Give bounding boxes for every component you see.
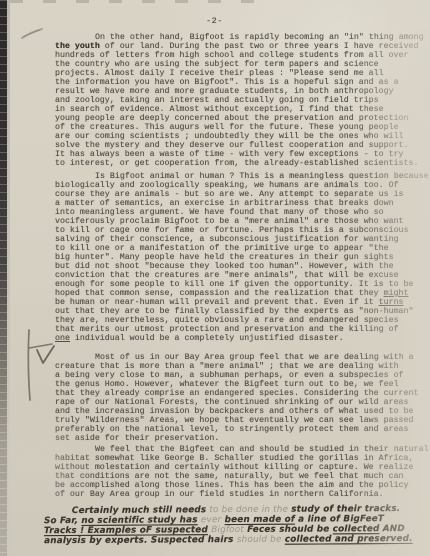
text-line: that they already comprise an endangered… xyxy=(55,389,430,398)
text-line: result we have more and more graduate st… xyxy=(55,87,430,96)
text-segment: out that they are to be finally classifi… xyxy=(55,307,413,316)
text-segment: of the creatures. This augurs well for t… xyxy=(55,123,399,132)
typed-paragraph-3: Most of us in our Bay Area group feel th… xyxy=(55,353,430,443)
text-segment: to interest, or get cooperation from, th… xyxy=(55,159,418,168)
text-segment: We feel that the Bigfeet can and should … xyxy=(95,445,429,454)
text-line: out that they are to be finally classifi… xyxy=(55,307,430,316)
margin-pencil-mark xyxy=(22,325,60,407)
text-segment: a matter of semantics, an exercise in ar… xyxy=(55,199,394,208)
text-segment: to kill one or a manifestation of the pr… xyxy=(55,244,389,253)
text-line: We feel that the Bigfeet can and should … xyxy=(55,445,430,454)
typed-paragraph-4: We feel that the Bigfeet can and should … xyxy=(55,445,430,499)
text-line: be accomplished along those lines. This … xyxy=(55,481,430,490)
text-segment: hundreds of letters from high school and… xyxy=(55,51,409,60)
text-line: rape of our National Forests, the contin… xyxy=(55,398,430,407)
text-segment: vociferously proclaim Bigfoot to be a "m… xyxy=(55,217,404,226)
text-segment: biologically and zoologically speaking, … xyxy=(55,181,399,190)
text-line: analysis by experts. Suspected hairs sho… xyxy=(44,535,430,547)
text-segment: collected xyxy=(333,524,380,534)
text-segment: set aside for their preservation. xyxy=(55,434,219,443)
text-segment: young people are deeply concerned about … xyxy=(55,114,409,123)
text-line: and the increasing invasion by backpacke… xyxy=(55,407,430,416)
text-segment: be accomplished along those lines. This … xyxy=(55,481,409,490)
text-line: the youth of our land. During the past t… xyxy=(55,42,430,51)
text-segment: salving of their conscience, a subconsci… xyxy=(55,235,399,244)
text-line: enough for some people to kill one if gi… xyxy=(55,280,430,289)
text-segment: individual would be a completely unjusti… xyxy=(70,334,344,343)
text-segment: big hunter". Many people have held the c… xyxy=(55,253,394,262)
text-line: into meaningless argument. We have found… xyxy=(55,208,430,217)
text-line: hundreds of letters from high school and… xyxy=(55,51,430,60)
typed-paragraph-1: On the other hand, Bigfoot is rapidly be… xyxy=(55,33,430,168)
text-line: to kill or cage one for fame or fortune.… xyxy=(55,226,430,235)
handwritten-paragraph-5: Certainly much still needs to be done in… xyxy=(44,505,430,547)
text-segment: might xyxy=(384,289,409,298)
text-line: a being very close to man, a subhuman pe… xyxy=(55,371,430,380)
text-segment: but did not shoot "because they looked t… xyxy=(55,262,394,271)
text-segment: Feces should be xyxy=(244,524,333,535)
text-segment: the country who are using the subject fo… xyxy=(55,60,379,69)
text-line: solve the mystery and they deserve our f… xyxy=(55,141,430,150)
text-segment: the genus Homo. However, whatever the Bi… xyxy=(55,380,399,389)
text-segment: solve the mystery and they deserve our f… xyxy=(55,141,409,150)
document-page: -2- On the other hand, Bigfoot is rapidl… xyxy=(0,0,430,556)
text-line: of the creatures. This augurs well for t… xyxy=(55,123,430,132)
text-line: one individual would be a completely unj… xyxy=(55,334,430,343)
text-segment: turns xyxy=(379,298,404,307)
text-segment: to kill or cage one for fame or fortune.… xyxy=(55,226,409,235)
text-line: truly "Wilderness" Areas, we hope that e… xyxy=(55,416,430,425)
pencil-scratch-mark xyxy=(19,26,45,42)
text-segment: a line of BigFeeT xyxy=(295,514,384,525)
text-line: in search of evidence. Almost without ex… xyxy=(55,105,430,114)
text-segment: collected and preserved. xyxy=(285,534,413,545)
text-segment: preferably on the national level, to str… xyxy=(55,425,409,434)
photocopy-edge-highlight xyxy=(7,0,10,556)
text-segment: It has always been a waste of time - wit… xyxy=(55,150,404,159)
text-segment: should be xyxy=(237,534,282,544)
text-segment: of our land. During the past two or thre… xyxy=(100,42,419,51)
text-line: the country who are using the subject fo… xyxy=(55,60,430,69)
text-line: conviction that the creatures are "mere … xyxy=(55,271,430,280)
photocopy-top-smudge xyxy=(10,0,260,3)
text-segment: been made of xyxy=(225,515,295,525)
text-segment: analysis by experts. Suspected hairs xyxy=(44,535,237,546)
text-line: preferably on the national level, to str… xyxy=(55,425,430,434)
text-segment: habitat somewhat like George B. Schaller… xyxy=(55,454,413,463)
text-line: and zoology, taking an interest and actu… xyxy=(55,96,430,105)
text-line: of our Bay Area group in our field studi… xyxy=(55,490,430,499)
text-line: biologically and zoologically speaking, … xyxy=(55,181,430,190)
text-segment: the youth xyxy=(55,42,100,51)
text-segment: into meaningless argument. We have found… xyxy=(55,208,384,217)
text-segment: that they already comprise an endangered… xyxy=(55,389,418,398)
text-segment: and zoology, taking an interest and actu… xyxy=(55,96,379,105)
text-line: but did not shoot "because they looked t… xyxy=(55,262,430,271)
text-segment: projects. Almost daily I receive their p… xyxy=(55,69,384,78)
text-segment: result we have more and more graduate st… xyxy=(55,87,394,96)
text-line: Is Bigfoot animal or human ? This is a m… xyxy=(55,172,430,181)
text-line: hoped that common sense, compassion and … xyxy=(55,289,430,298)
text-segment: the information you have on Bigfoot". Th… xyxy=(55,78,399,87)
text-segment: without molestation and certainly withou… xyxy=(55,463,413,472)
text-segment: On the other hand, Bigfoot is rapidly be… xyxy=(95,33,424,42)
text-line: vociferously proclaim Bigfoot to be a "m… xyxy=(55,217,430,226)
text-segment: rape of our National Forests, the contin… xyxy=(55,398,409,407)
text-segment: So Far, xyxy=(44,516,81,526)
typed-paragraph-2: Is Bigfoot animal or human ? This is a m… xyxy=(55,172,430,343)
letter-body: On the other hand, Bigfoot is rapidly be… xyxy=(55,33,430,546)
text-segment: hoped that common sense, compassion and … xyxy=(55,289,384,298)
text-segment: Bigfoot xyxy=(211,525,244,535)
text-line: without molestation and certainly withou… xyxy=(55,463,430,472)
photocopy-left-edge xyxy=(0,0,7,556)
text-segment: enough for some people to kill one if gi… xyxy=(55,280,413,289)
text-segment: and the increasing invasion by backpacke… xyxy=(55,407,413,416)
text-line: young people are deeply concerned about … xyxy=(55,114,430,123)
text-line: the information you have on Bigfoot". Th… xyxy=(55,78,430,87)
text-segment: that conditions are not the same, natura… xyxy=(55,472,404,481)
text-segment: are our coming scientists ; undoubtedly … xyxy=(55,132,404,141)
text-line: that conditions are not the same, natura… xyxy=(55,472,430,481)
text-line: a matter of semantics, an exercise in ar… xyxy=(55,199,430,208)
text-segment: Is Bigfoot animal or human ? This is a m… xyxy=(95,172,429,181)
text-line: that merits our utmost protection and pr… xyxy=(55,325,430,334)
text-segment: of our Bay Area group in our field studi… xyxy=(55,490,384,499)
text-segment: in search of evidence. Almost without ex… xyxy=(55,105,384,114)
text-line: creature that is more than a "mere anima… xyxy=(55,362,430,371)
text-line: course they are animals - but so are we.… xyxy=(55,190,430,199)
text-line: projects. Almost daily I receive their p… xyxy=(55,69,430,78)
text-segment: Most of us in our Bay Area group feel th… xyxy=(95,353,414,362)
text-line: habitat somewhat like George B. Schaller… xyxy=(55,454,430,463)
text-segment: course they are animals - but so are we.… xyxy=(55,190,404,199)
text-line: big hunter". Many people have held the c… xyxy=(55,253,430,262)
text-line: are our coming scientists ; undoubtedly … xyxy=(55,132,430,141)
text-line: On the other hand, Bigfoot is rapidly be… xyxy=(55,33,430,42)
text-segment: they are, nevertheless, quite obviously … xyxy=(55,316,399,325)
text-segment: AND xyxy=(379,524,404,534)
text-line: be human or near-human will prevail and … xyxy=(55,298,430,307)
text-line: the genus Homo. However, whatever the Bi… xyxy=(55,380,430,389)
text-line: salving of their conscience, a subconsci… xyxy=(55,235,430,244)
text-line: Most of us in our Bay Area group feel th… xyxy=(55,353,430,362)
page-number: -2- xyxy=(206,16,223,26)
text-segment: be human or near-human will prevail and … xyxy=(55,298,379,307)
text-line: they are, nevertheless, quite obviously … xyxy=(55,316,430,325)
text-segment: that merits our utmost protection and pr… xyxy=(55,325,399,334)
text-segment: to be done in the xyxy=(206,505,291,516)
text-segment: truly "Wilderness" Areas, we hope that e… xyxy=(55,416,413,425)
text-segment: conviction that the creatures are "mere … xyxy=(55,271,399,280)
text-line: to kill one or a manifestation of the pr… xyxy=(55,244,430,253)
text-segment: ever xyxy=(201,515,222,525)
text-line: set aside for their preservation. xyxy=(55,434,430,443)
text-line: It has always been a waste of time - wit… xyxy=(55,150,430,159)
text-segment: creature that is more than a "mere anima… xyxy=(55,362,399,371)
text-line: to interest, or get cooperation from, th… xyxy=(55,159,430,168)
text-segment: a being very close to man, a subhuman pe… xyxy=(55,371,404,380)
